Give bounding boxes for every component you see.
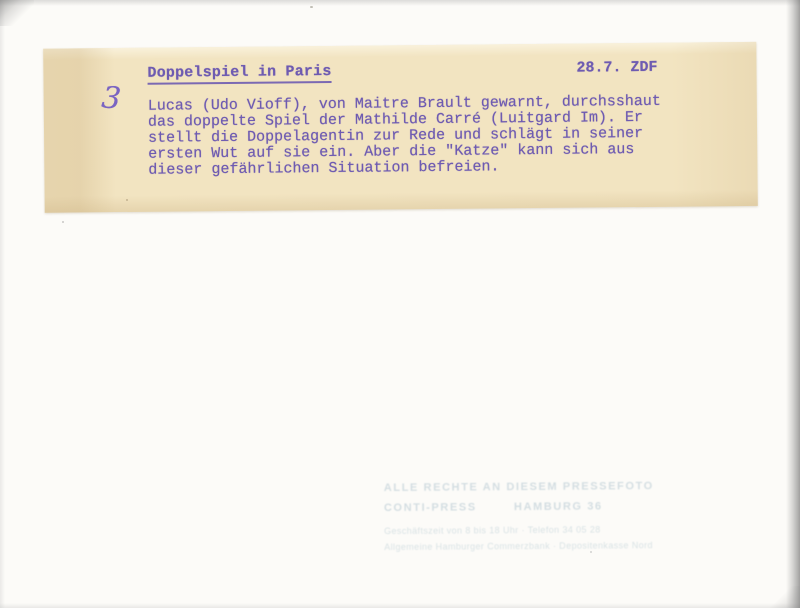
caption-card: 3 Doppelspiel in Paris 28.7. ZDF Lucas (… xyxy=(43,42,758,213)
dust-speck xyxy=(310,6,313,8)
dust-speck xyxy=(590,551,592,553)
dust-speck xyxy=(62,221,64,223)
scan-edge-bottom xyxy=(0,603,800,608)
scan-edge-left xyxy=(0,0,5,608)
photo-back: 3 Doppelspiel in Paris 28.7. ZDF Lucas (… xyxy=(0,0,800,608)
caption-title: Doppelspiel in Paris xyxy=(147,63,331,85)
handwritten-number: 3 xyxy=(100,80,122,117)
agency-stamp: ALLE RECHTE AN DIESEM PRESSEFOTO CONTI-P… xyxy=(384,480,684,552)
scan-corner-bottom-right xyxy=(770,586,800,608)
stamp-line-1: ALLE RECHTE AN DIESEM PRESSEFOTO xyxy=(384,480,684,494)
stamp-line-4: Allgemeine Hamburger Commerzbank · Depos… xyxy=(384,540,684,552)
dust-speck xyxy=(126,199,128,201)
scan-edge-right xyxy=(786,0,800,608)
stamp-line-2: CONTI-PRESS HAMBURG 36 xyxy=(384,500,684,514)
stamp-line-3: Geschäftszeit von 8 bis 18 Uhr · Telefon… xyxy=(384,524,684,536)
caption-line-5: dieser gefährlichen Situation befreien. xyxy=(148,159,499,178)
scan-edge-top xyxy=(0,0,800,6)
scan-corner-top-left xyxy=(0,0,34,26)
date-code: 28.7. ZDF xyxy=(576,59,657,77)
